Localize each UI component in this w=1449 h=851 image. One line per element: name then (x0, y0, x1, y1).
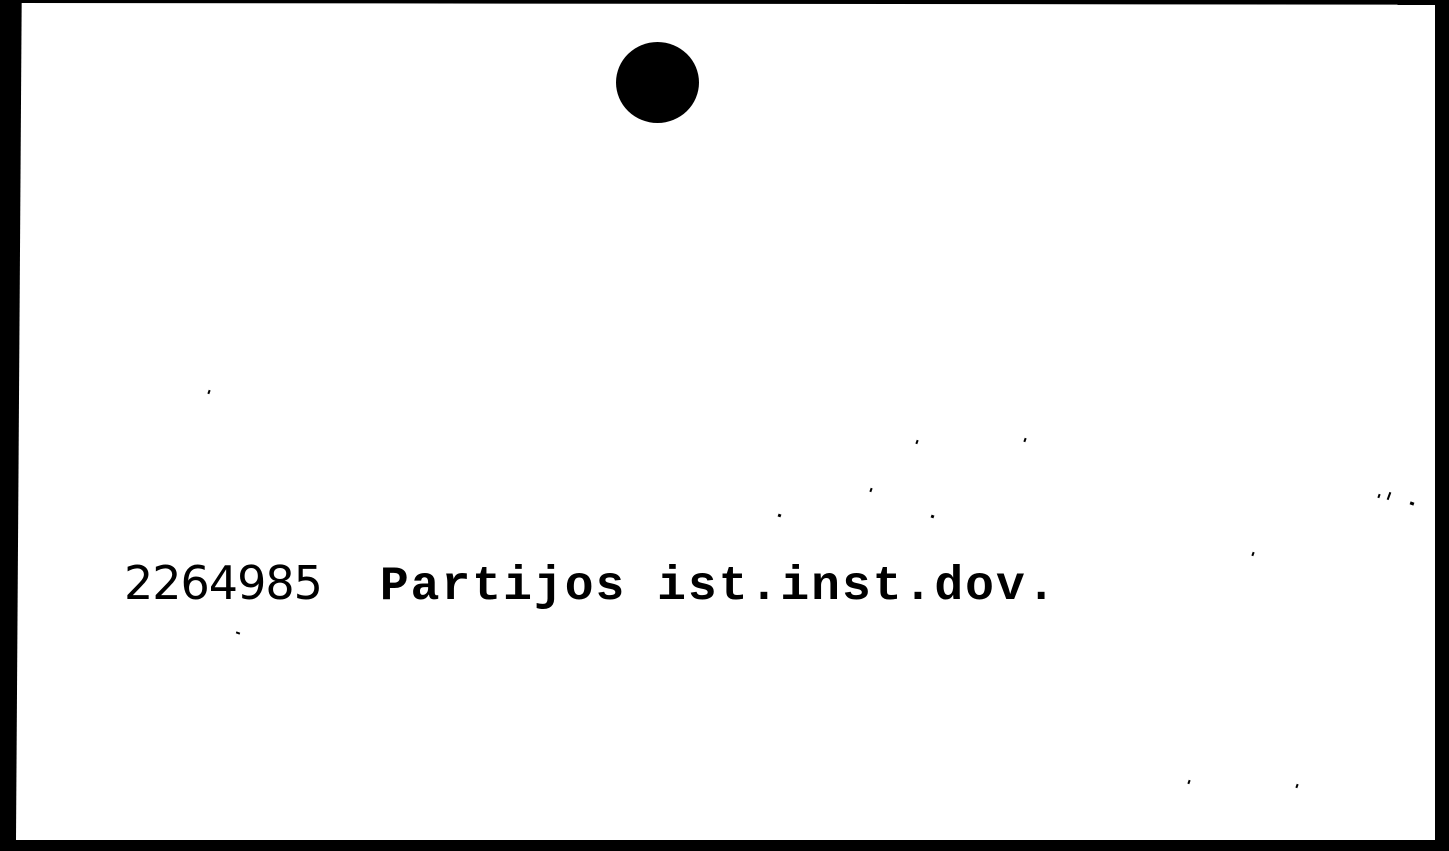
punch-hole (616, 42, 699, 123)
index-card (16, 3, 1435, 840)
entry-title: Partijos ist.inst.dov. (380, 560, 1058, 614)
card-entry: 2264985 Partijos ist.inst.dov. (124, 556, 1058, 614)
call-number: 2264985 (124, 556, 322, 610)
